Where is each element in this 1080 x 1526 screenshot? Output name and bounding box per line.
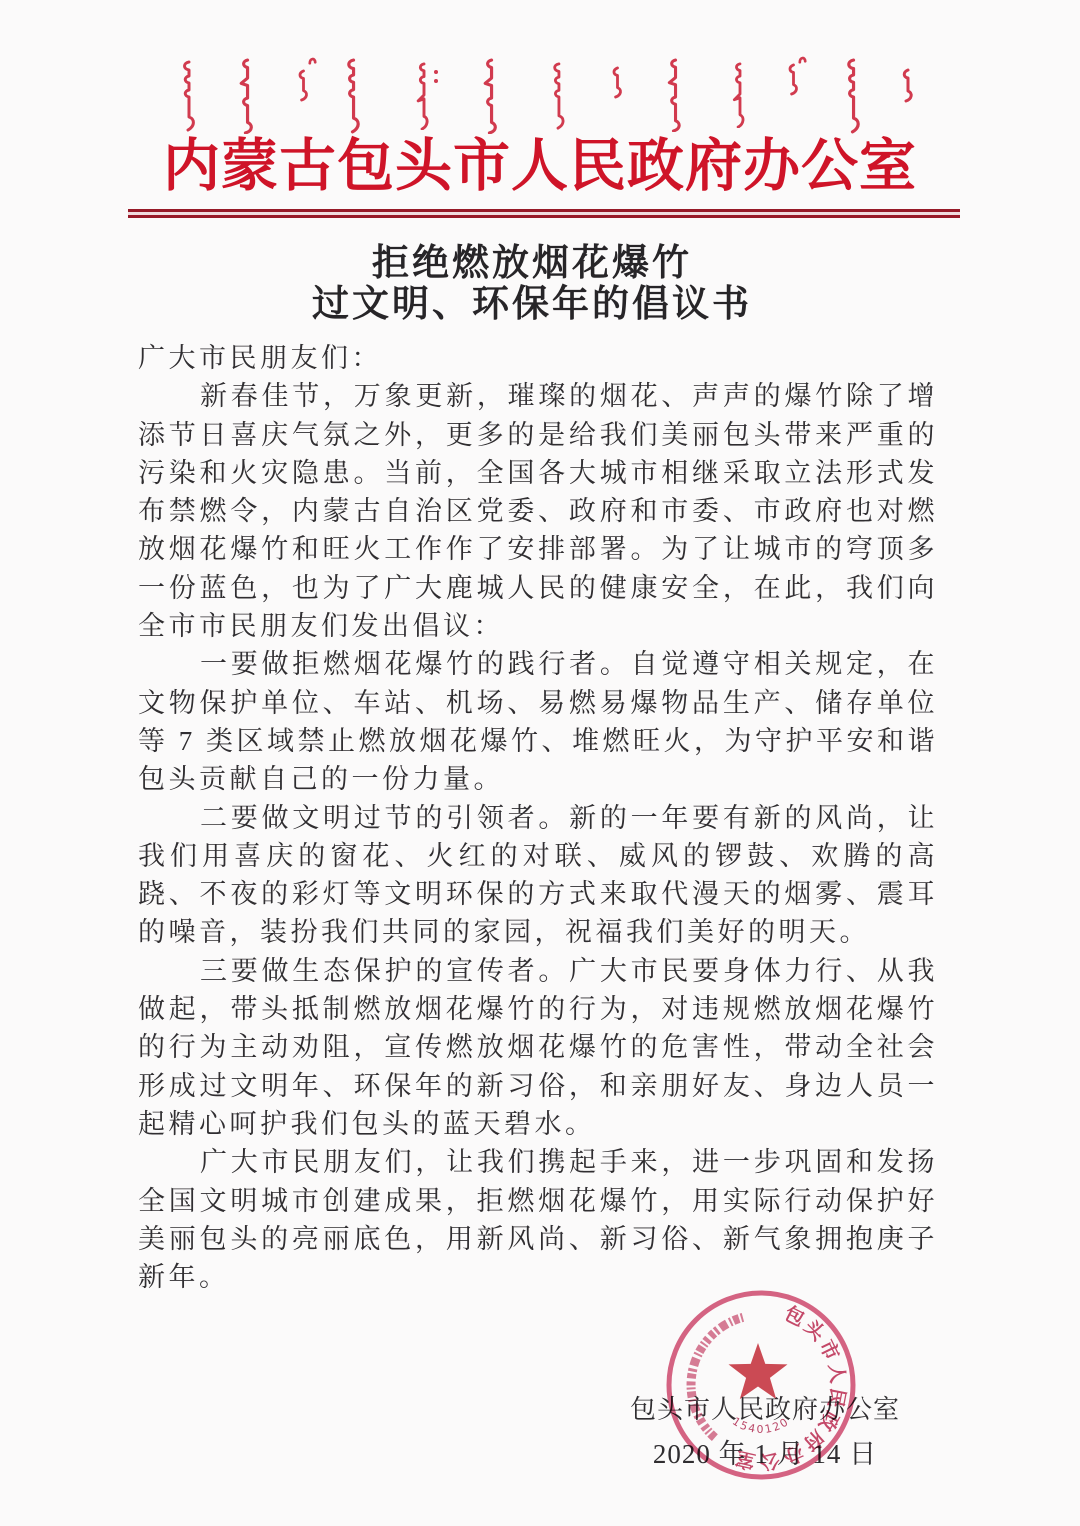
title-line-2: 过文明、环保年的倡议书: [0, 284, 1072, 325]
official-seal: 包头市人民政府办公室 1540120: [611, 1255, 911, 1515]
document-page: 内蒙古包头市人民政府办公室 拒绝燃放烟花爆竹 过文明、环保年的倡议书 广大市民朋…: [0, 0, 1080, 1526]
salutation: 广大市民朋友们：: [138, 339, 938, 377]
red-divider: [128, 209, 960, 218]
document-body: 广大市民朋友们： 新春佳节，万象更新，璀璨的烟花、声声的爆竹除了增添节日喜庆气氛…: [138, 339, 938, 1296]
paragraph-2: 一要做拒燃烟花爆竹的践行者。自觉遵守相关规定，在文物保护单位、车站、机场、易燃易…: [138, 645, 938, 798]
title-line-1: 拒绝燃放烟花爆竹: [0, 243, 1072, 284]
paragraph-4: 三要做生态保护的宣传者。广大市民要身体力行、从我做起，带头抵制燃放烟花爆竹的行为…: [138, 952, 938, 1143]
paragraph-3: 二要做文明过节的引领者。新的一年要有新的风尚，让我们用喜庆的窗花、火红的对联、威…: [138, 799, 938, 952]
seal-code: 1540120: [730, 1415, 792, 1436]
document-title: 拒绝燃放烟花爆竹 过文明、环保年的倡议书: [0, 243, 1072, 325]
agency-name: 内蒙古包头市人民政府办公室: [0, 120, 1080, 202]
paragraph-1: 新春佳节，万象更新，璀璨的烟花、声声的爆竹除了增添节日喜庆气氛之外，更多的是给我…: [138, 377, 938, 645]
seal-star-icon: [729, 1343, 788, 1399]
